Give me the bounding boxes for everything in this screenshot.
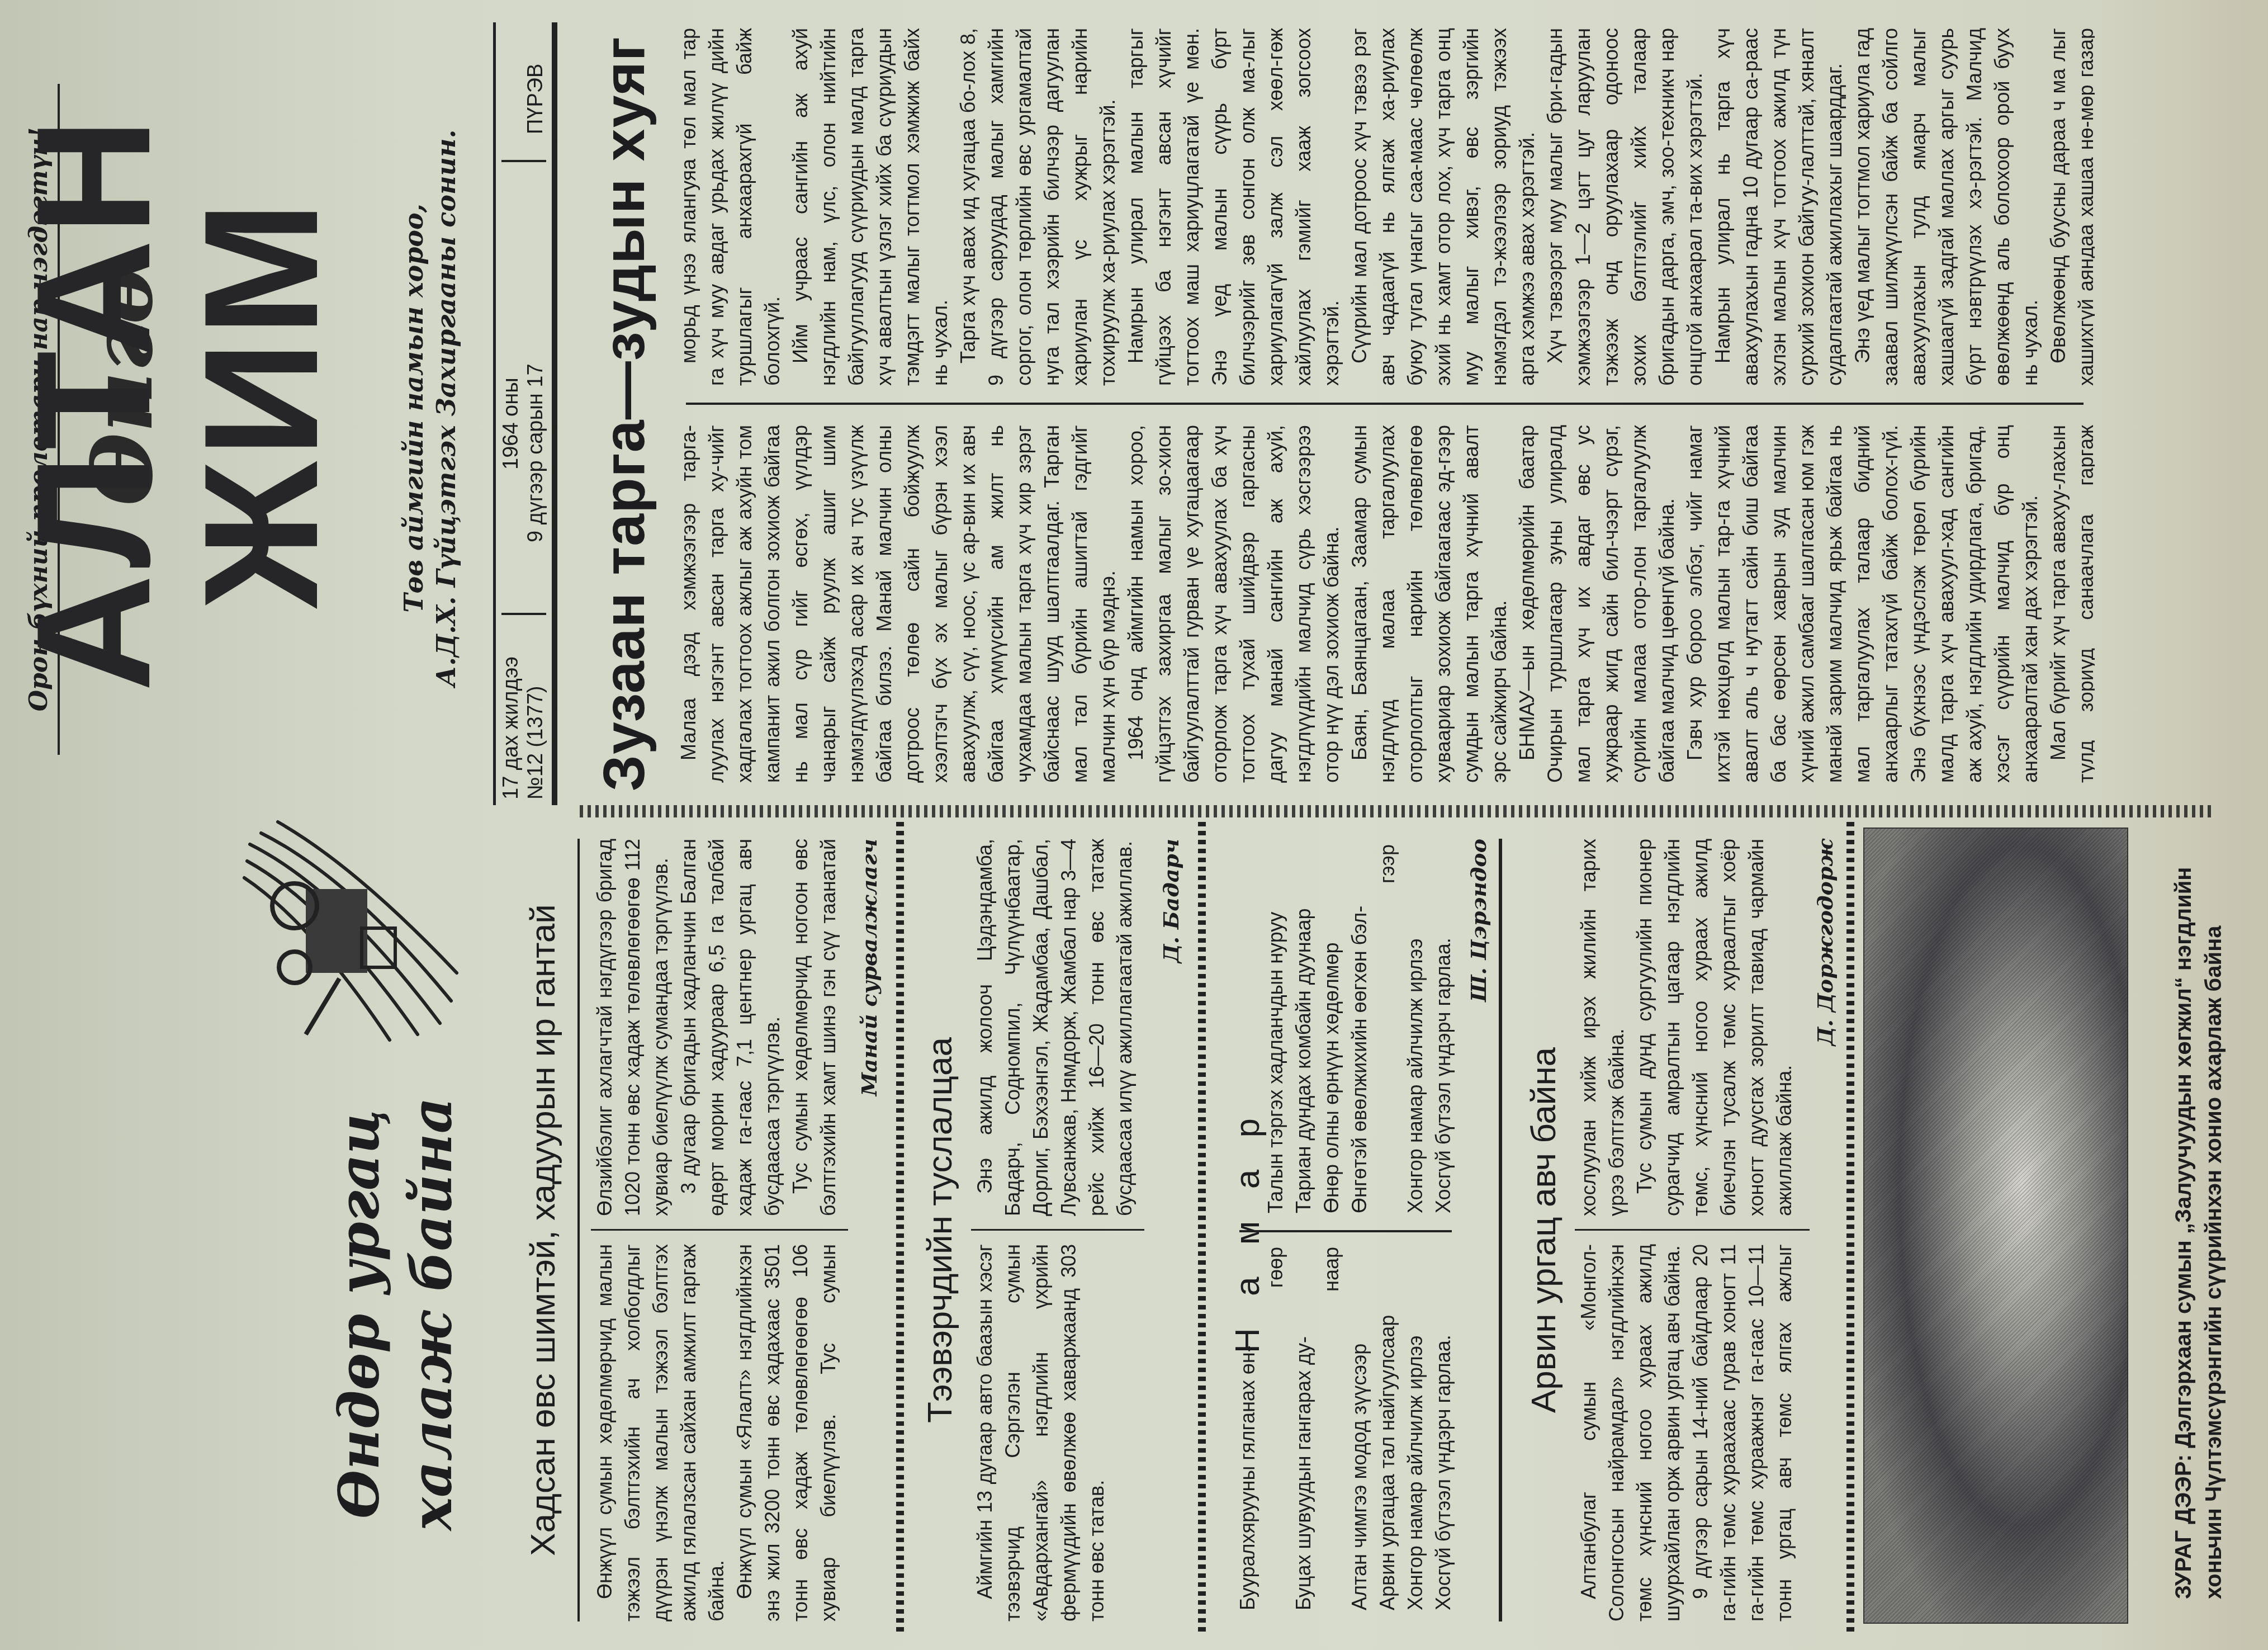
main-article-title: Зузаан тарга—зудын хуяг [591, 22, 658, 805]
newspaper-title: Алтан жим [10, 34, 345, 772]
masthead-title-block: Өнгө Алтан жим [71, 34, 384, 772]
main-p12: Намрын улирал малын таргыг гүйцээх ба нэ… [1122, 28, 1346, 386]
issue-bar: 17 дах жилдээ №12 (1377) 1964 оны 9 дүгэ… [493, 22, 557, 805]
newspaper-page: Орон бүхний пролетари нар нэгдэгтүн! Өнг… [0, 0, 2268, 1650]
poem-line: Арвин ургацаа тал найгуулсаар [1374, 1247, 1401, 1610]
poem-line: Хосгүй бүтээл үндэрч гарлаа. [1429, 844, 1457, 1213]
hay-article-body: Өнжүүл сумын хөдөлмөрчид малын тэжээл бэ… [591, 839, 848, 1621]
poem-line: Тариан дундах комбайн дуунаар [1290, 844, 1318, 1213]
poem-line: Бууралхярууны гялганах өн- [1234, 1247, 1262, 1610]
caption-label: ЗУРАГ ДЭЭР: [2171, 1454, 2196, 1599]
hay-title-rule [577, 839, 580, 1621]
main-column-divider [686, 403, 2084, 405]
hay-article-title: Хадсан өвс шимтэй, хадуурын ир гантай [523, 839, 563, 1621]
poem-line: Өнөр олны өрнүүн хөдөлмөр [1318, 844, 1346, 1213]
section-divider-wavy [580, 805, 2212, 817]
harvest-p1: Алтанбулаг сумын «Монгол-Солонгосын найр… [1575, 1244, 1687, 1621]
main-p5: Гэвч хур бороо элбэг, чийг намаг ихтэй н… [1681, 425, 2044, 783]
transport-p2: Энэ ажилд жолооч Цэдэндамба, Бадарч, Сод… [971, 839, 1139, 1216]
poem-line: наар [1318, 1247, 1346, 1610]
main-article-col2: морьд үнээ ялангуяа төл мал тар га хүч м… [675, 28, 2095, 386]
main-p4: БНМАУ—ын хөдөлмөрийн баатар Очирын туршл… [1513, 425, 1681, 783]
hay-p3: 3 дугаар бригадын хадланчин Балган өдөрт… [675, 839, 787, 1216]
transport-article-title: Тээвэрчдийн туслалцаа [920, 839, 960, 1621]
harvest-p3: Тус сумын дунд сургуулийн пионер сурагчи… [1631, 839, 1798, 1216]
sheep-flock-photo [1863, 828, 2128, 1624]
main-p14: Хүч тэвээрэг муу малыг бри-гадын хэмжээг… [1541, 28, 1709, 386]
publisher-line-2: А.Д.Х. Гүйцэтгэх Захиргааны сонин. [430, 101, 462, 716]
transport-article-body: Аймгийн 13 дугаар авто баазын хэсэг тээв… [971, 839, 1144, 1621]
poem-byline: Ш. Цэрэндоо [1466, 839, 1491, 1118]
hay-p1: Өнжүүл сумын хөдөлмөрчид малын тэжээл бэ… [591, 1244, 731, 1621]
date-label: 9 дүгээр сарын 17 [524, 363, 548, 542]
harvest-article-title: Арвин ургац авч байна [1524, 839, 1564, 1621]
poem-line: гээр [1374, 844, 1401, 1213]
lead-title: Өндөр ургац [323, 1062, 395, 1566]
main-p3: Баян, Баянцагаан, Заамар сумын нэгдлүүд … [1346, 425, 1513, 783]
poem-divider-wavy [1198, 822, 1206, 1633]
main-p15: Намрын улирал нь тарга хүч авахуулахын г… [1709, 28, 1849, 386]
tractor-harvester-illustration [239, 811, 462, 1046]
scanned-page-background: Орон бүхний пролетари нар нэгдэгтүн! Өнг… [0, 0, 2268, 1650]
issue-sep-2 [501, 160, 546, 162]
poem-stanza-left: Талын тэргэх хадланчдын нуруу Тариан дун… [1262, 844, 1457, 1213]
issue-number: №12 (1377) [524, 686, 548, 800]
weekday-label: ПҮРЭВ [524, 64, 548, 134]
publisher: Төв аймгийн намын хороо, А.Д.Х. Гүйцэтгэ… [397, 101, 462, 716]
poem-stanza-right: Бууралхярууны гялганах өн- гөөр Буцах шу… [1234, 1247, 1457, 1610]
lead-headline: Өндөр ургац халаж байна [323, 1062, 468, 1566]
main-article-col1: Малаа дээд хэмжээгээр тарга-луулах нэгэн… [675, 425, 2095, 783]
transport-byline: Д. Бадарч [1158, 839, 1183, 1118]
transport-divider-wavy [896, 822, 904, 1633]
volume-label: 17 дах жилдээ [499, 656, 523, 800]
main-p10: Ийм учраас сангийн аж ахуй нэгдлийн нам,… [787, 28, 954, 386]
photo-caption: ЗУРАГ ДЭЭР: Дэлгэрхаан сумын „Залуучууды… [2168, 839, 2229, 1599]
photo-divider-wavy [1846, 822, 1854, 1633]
main-p9: морьд үнээ ялангуяа төл мал тар га хүч м… [675, 28, 787, 386]
main-p17: Өвөлжөөнд буусны дараа ч ма лыг хашихгүй… [2044, 28, 2095, 386]
lead-subtitle: халаж байна [395, 1062, 468, 1566]
year-label: 1964 оны [499, 377, 523, 470]
issue-sep-1 [501, 613, 546, 615]
harvest-byline: Д. Доржгодорж [1812, 839, 1838, 1174]
poem-line: Хонгор намар айлчилж ирлээ [1401, 1247, 1429, 1610]
poem-divider [1239, 1230, 1452, 1232]
main-p16: Энэ үед малыг тогтмол хариула гад заавал… [1849, 28, 2044, 386]
publisher-line-1: Төв аймгийн намын хороо, [397, 101, 430, 716]
poem-line: Хосгүй бүтээл үндэрч гарлаа. [1429, 1247, 1457, 1610]
poem-line: Хонгор намар айлчилж ирлээ [1401, 844, 1429, 1213]
main-p11: Тарга хүч авах ид хугацаа бо-лох 8, 9 дү… [954, 28, 1122, 386]
main-p6: Мал бүрийг хүч тарга авахуу-лахын тулд з… [2044, 425, 2095, 783]
main-p1: Малаа дээд хэмжээгээр тарга-луулах нэгэн… [675, 425, 1122, 783]
poem-line: гөөр [1262, 1247, 1290, 1610]
main-p13: Сүүрийн мал дотроос хүч тэвээ рэг авч ча… [1346, 28, 1541, 386]
transport-p1: Аймгийн 13 дугаар авто баазын хэсэг тээв… [971, 1244, 1111, 1621]
poem-line: Өнгөтэй өвөлжихийн өөгхөн бэл- [1346, 844, 1374, 1213]
poem-line: Буцах шувуудын гангарах ду- [1290, 1247, 1318, 1610]
poem-line: Талын тэргэх хадланчдын нуруу [1262, 844, 1290, 1213]
hay-byline: Манай сурвалжлагч [856, 839, 882, 1230]
main-p2: 1964 онд аймгийн намын хороо, гүйцэтгэх … [1122, 425, 1346, 783]
poem-line: Алтан чимгээ модод зүүсээр [1346, 1247, 1374, 1610]
harvest-ornament [1499, 839, 1502, 1621]
harvest-article-body: Алтанбулаг сумын «Монгол-Солонгосын найр… [1575, 839, 1810, 1621]
